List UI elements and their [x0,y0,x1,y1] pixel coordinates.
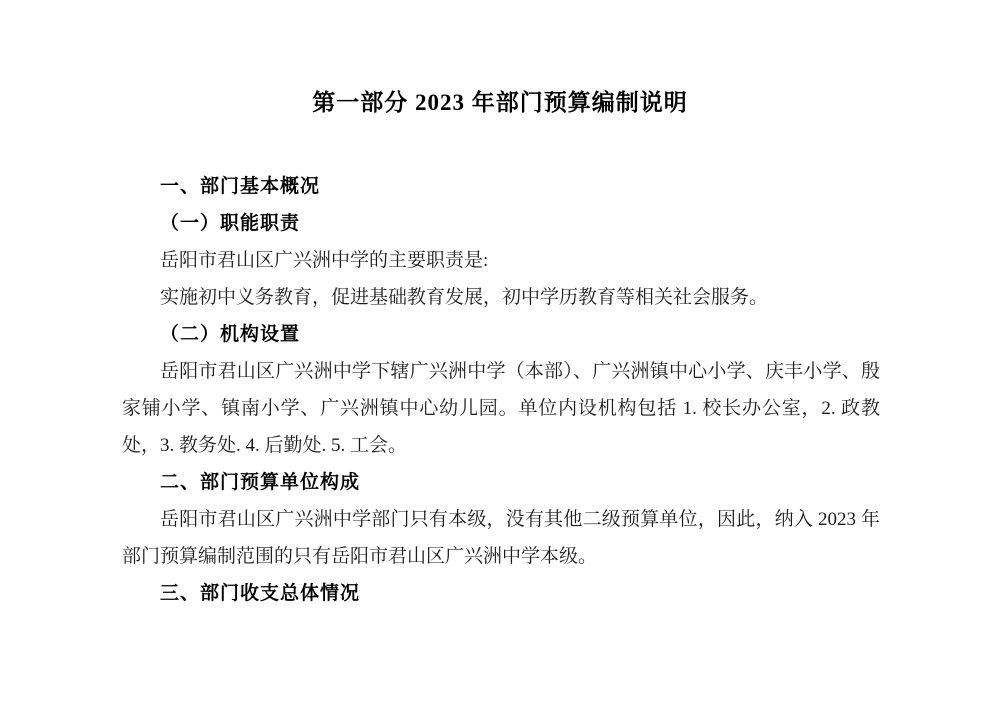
paragraph-duties-intro: 岳阳市君山区广兴洲中学的主要职责是: [122,242,880,279]
paragraph-budget-units: 岳阳市君山区广兴洲中学部门只有本级，没有其他二级预算单位，因此，纳入 2023 … [122,501,880,575]
section-heading-1: 一、部门基本概况 [122,168,880,205]
paragraph-duties-detail: 实施初中义务教育，促进基础教育发展，初中学历教育等相关社会服务。 [122,279,880,316]
document-page: 第一部分 2023 年部门预算编制说明 一、部门基本概况 （一）职能职责 岳阳市… [0,0,1000,706]
section-heading-3: 三、部门收支总体情况 [122,575,880,612]
paragraph-organization: 岳阳市君山区广兴洲中学下辖广兴洲中学（本部）、广兴洲镇中心小学、庆丰小学、殷家铺… [122,353,880,464]
section-heading-2: 二、部门预算单位构成 [122,464,880,501]
document-body: 一、部门基本概况 （一）职能职责 岳阳市君山区广兴洲中学的主要职责是: 实施初中… [122,168,880,612]
document-title: 第一部分 2023 年部门预算编制说明 [0,0,1000,116]
subsection-heading-1-2: （二）机构设置 [122,316,880,353]
subsection-heading-1-1: （一）职能职责 [122,205,880,242]
